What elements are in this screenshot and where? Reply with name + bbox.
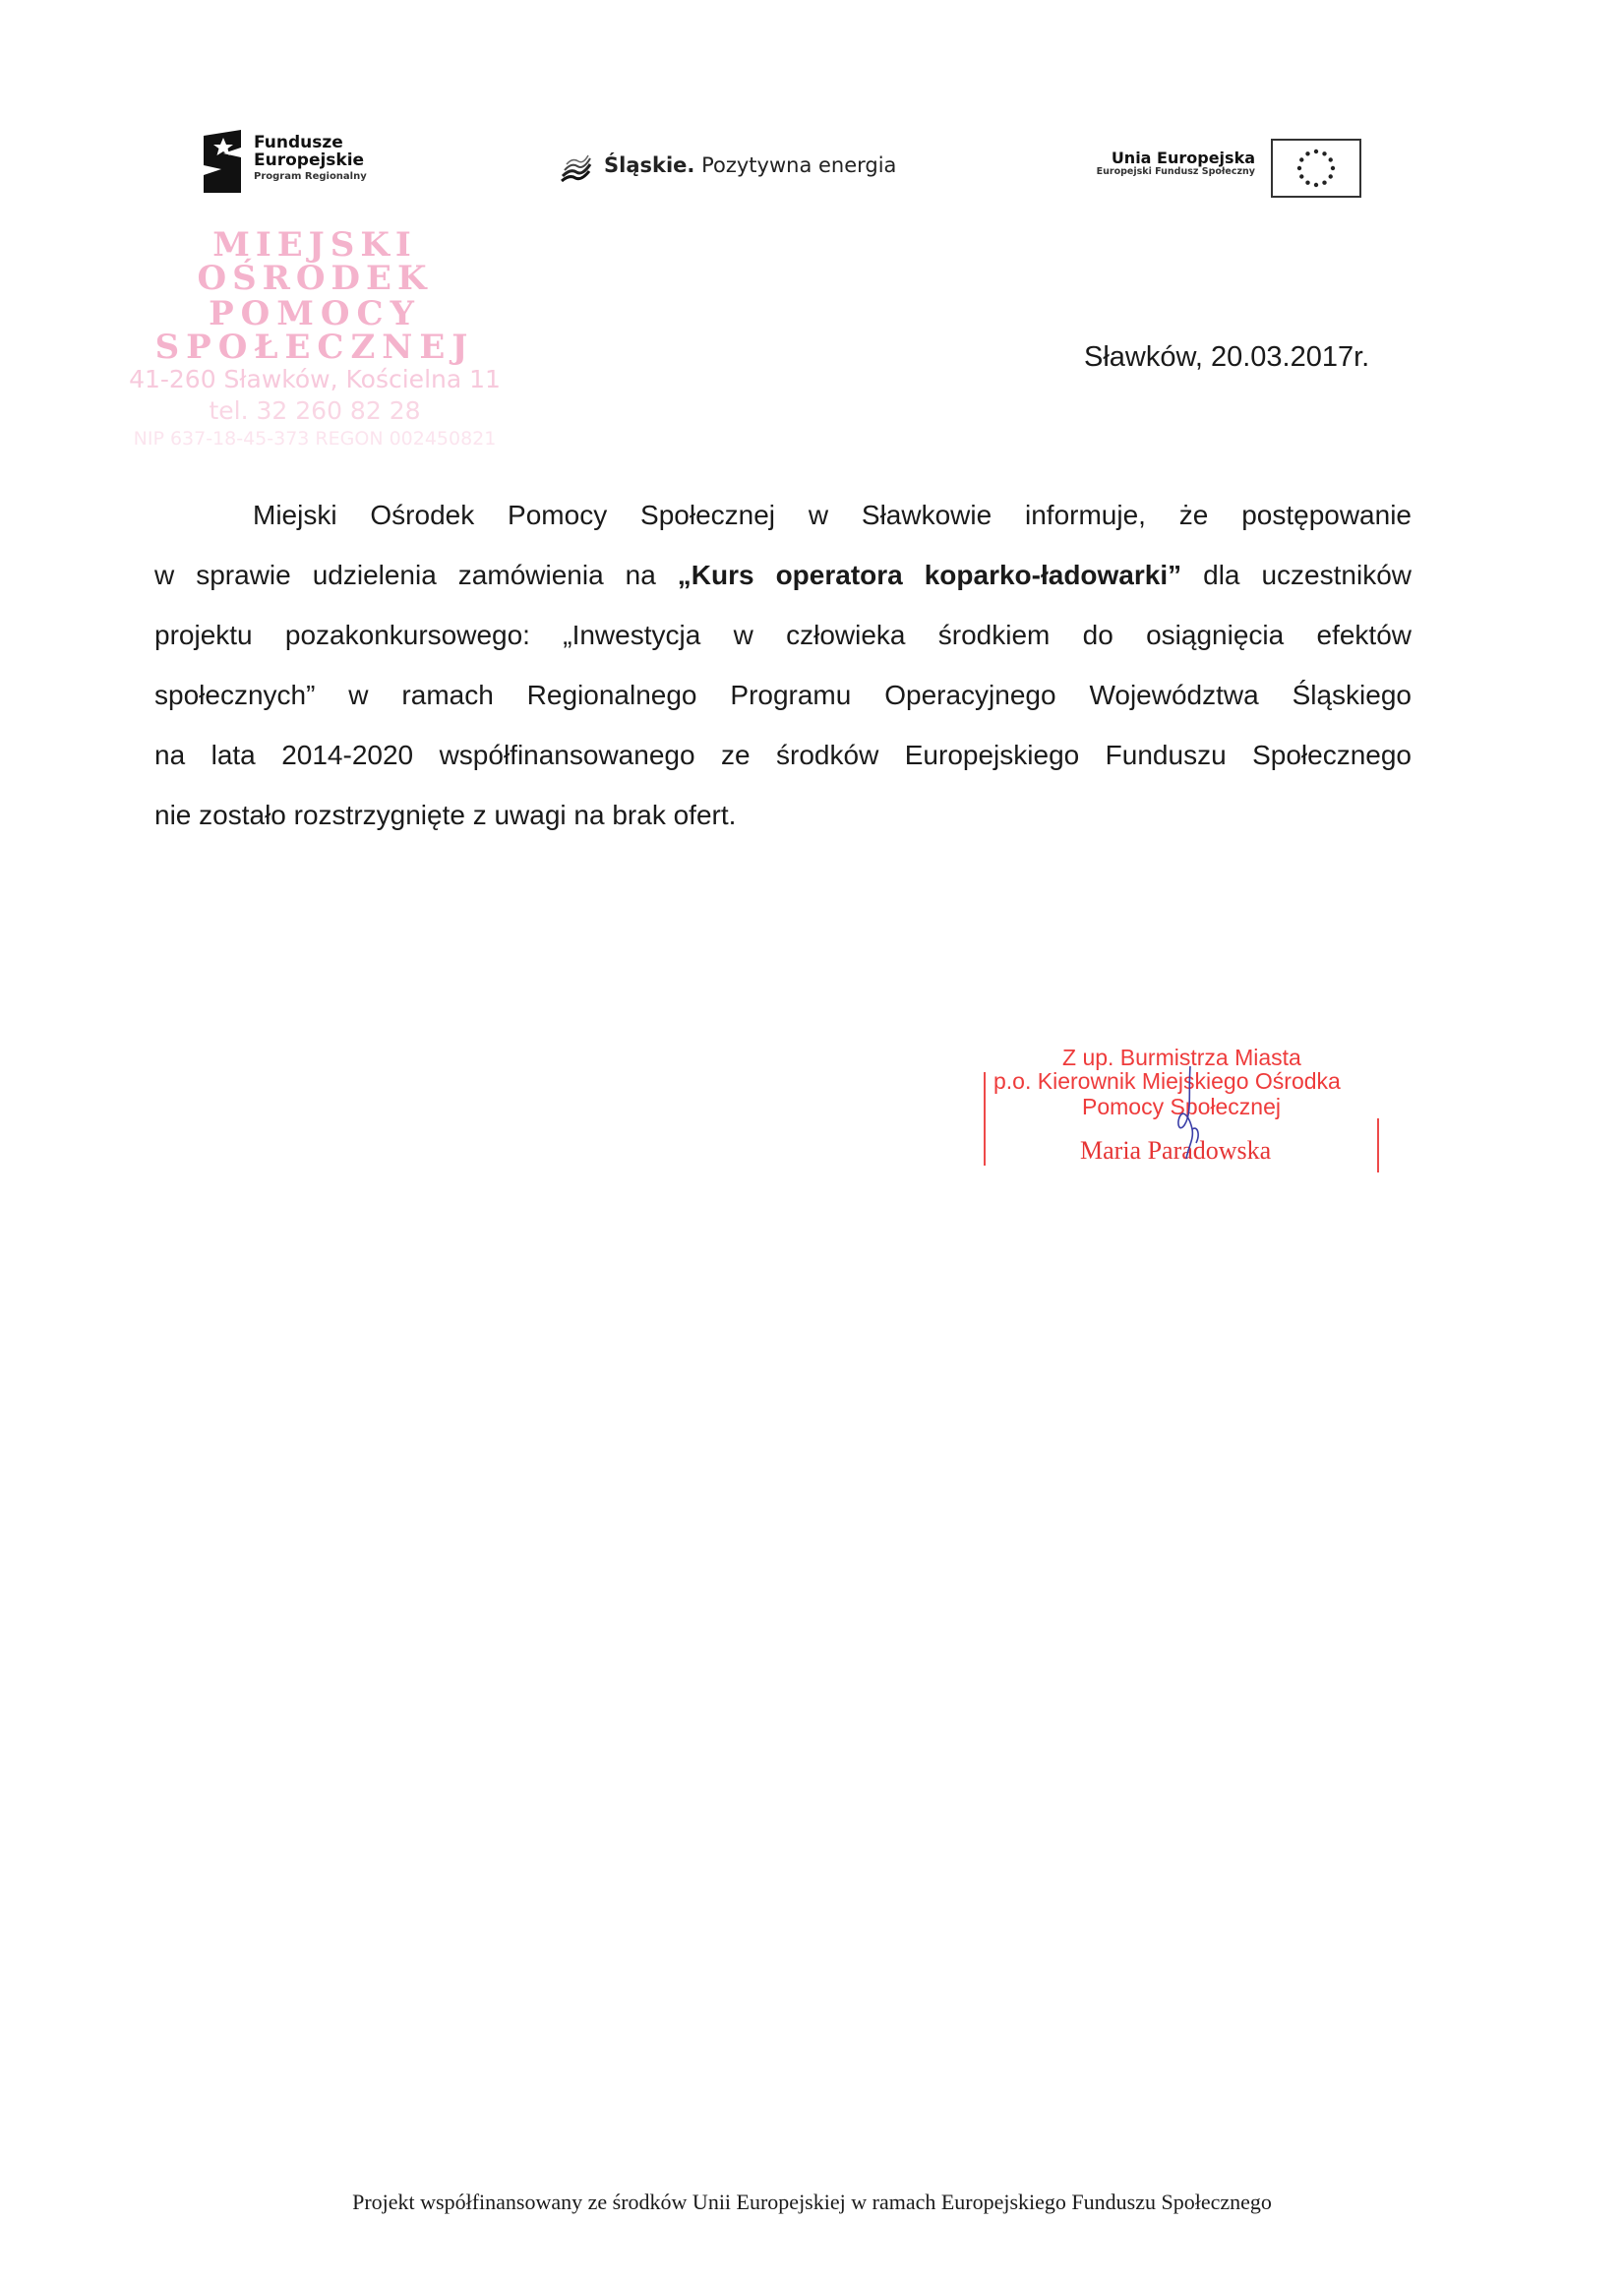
- body-line: w sprawie udzielenia zamówienia na „Kurs…: [154, 545, 1412, 605]
- stamp-border-left: [984, 1072, 986, 1166]
- slaskie-waves-icon: [561, 154, 592, 182]
- letter-body: Miejski Ośrodek Pomocy Społecznej w Sław…: [154, 485, 1412, 845]
- eu-line2: Europejski Fundusz Społeczny: [1023, 167, 1255, 178]
- stamp-line2: POMOCY SPOŁECZNEJ: [89, 297, 541, 364]
- institution-stamp: MIEJSKI OŚRODEK POMOCY SPOŁECZNEJ 41-260…: [89, 228, 541, 451]
- course-name: „Kurs operatora koparko-ładowarki”: [678, 560, 1181, 590]
- document-date: Sławków, 20.03.2017r.: [1084, 341, 1369, 374]
- fe-line2: Europejskie: [254, 152, 367, 170]
- fe-line3: Program Regionalny: [254, 172, 367, 183]
- fundusze-europejskie-logo-text: Fundusze Europejskie Program Regionalny: [254, 135, 367, 182]
- stamp-phone: tel. 32 260 82 28: [89, 396, 541, 426]
- eu-flag-icon: [1271, 139, 1361, 198]
- stamp-line1: MIEJSKI OŚRODEK: [89, 228, 541, 295]
- slaskie-brand: Śląskie.: [604, 153, 694, 177]
- stamp-address: 41-260 Sławków, Kościelna 11: [89, 364, 541, 396]
- footer-funding-note: Projekt współfinansowany ze środków Unii…: [0, 2190, 1624, 2215]
- body-line: projektu pozakonkursowego: „Inwestycja w…: [154, 605, 1412, 665]
- slaskie-logo-text: Śląskie. Pozytywna energia: [604, 153, 896, 177]
- body-line: nie zostało rozstrzygnięte z uwagi na br…: [154, 785, 1412, 845]
- fundusze-europejskie-star-icon: [202, 128, 246, 195]
- handwritten-signature-icon: [1171, 1064, 1210, 1163]
- signature-line2: p.o. Kierownik Miejskiego Ośrodka: [993, 1068, 1341, 1095]
- body-line: na lata 2014-2020 współfinansowanego ze …: [154, 725, 1412, 785]
- body-line: społecznych” w ramach Regionalnego Progr…: [154, 665, 1412, 725]
- slaskie-tagline: Pozytywna energia: [701, 153, 896, 177]
- body-line: Miejski Ośrodek Pomocy Społecznej w Sław…: [154, 485, 1412, 545]
- eu-logo-text: Unia Europejska Europejski Fundusz Społe…: [1023, 150, 1255, 178]
- eu-line1: Unia Europejska: [1023, 150, 1255, 167]
- body-text: dla uczestników: [1181, 560, 1412, 590]
- signature-stamp: Z up. Burmistrza Miasta p.o. Kierownik M…: [984, 1045, 1387, 1172]
- body-text: w sprawie udzielenia zamówienia na: [154, 560, 678, 590]
- stamp-border-right: [1377, 1118, 1379, 1172]
- stamp-nip-regon: NIP 637-18-45-373 REGON 002450821: [89, 426, 541, 452]
